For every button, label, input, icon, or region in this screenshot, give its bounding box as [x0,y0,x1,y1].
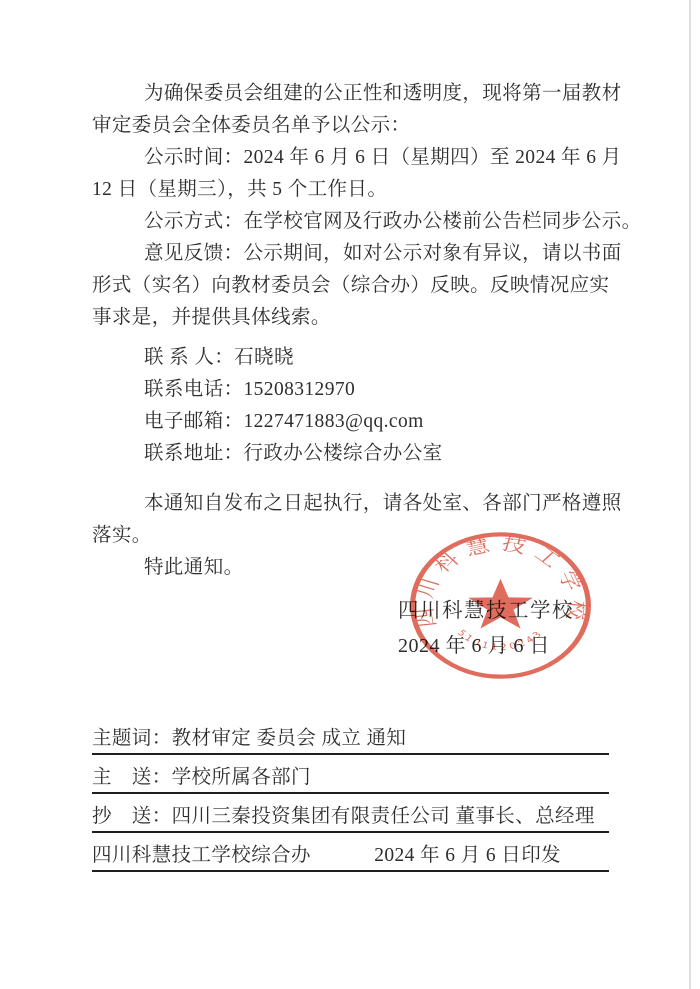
signature-date: 2024 年 6 月 6 日 [398,629,550,658]
notice-body: 为确保委员会组建的公正性和透明度，现将第一届教材审定委员会全体委员名单予以公示：… [92,78,609,584]
footer-print-date: 2024 年 6 月 6 日印发 [374,839,609,867]
footer-issuing-office: 四川科慧技工学校综合办 [92,839,311,867]
body-line: 特此通知。 [92,552,609,584]
body-line: 意见反馈：公示期间，如对公示对象有异议，请以书面 [92,238,609,270]
body-line: 12 日（星期三），共 5 个工作日。 [92,174,609,206]
body-line: 联 系 人：石晓晓 [92,342,609,374]
body-line: 落实。 [92,520,609,552]
footer-row-issuer: 四川科慧技工学校综合办2024 年 6 月 6 日印发 [92,833,609,872]
footer-row: 抄 送：四川三秦投资集团有限责任公司 董事长、总经理 [92,794,609,833]
signature-organization: 四川科慧技工学校 [398,593,574,623]
scan-edge-artifact [689,0,691,989]
document-footer: 主题词：教材审定 委员会 成立 通知主 送：学校所属各部门抄 送：四川三秦投资集… [92,716,609,872]
body-line: 为确保委员会组建的公正性和透明度，现将第一届教材 [92,78,609,110]
body-line: 形式（实名）向教材委员会（综合办）反映。反映情况应实 [92,270,609,302]
body-line: 电子邮箱：1227471883@qq.com [92,406,609,438]
body-line: 公示方式：在学校官网及行政办公楼前公告栏同步公示。 [92,206,609,238]
body-line: 本通知自发布之日起执行，请各处室、各部门严格遵照 [92,488,609,520]
footer-row: 主题词：教材审定 委员会 成立 通知 [92,716,609,755]
body-line: 公示时间：2024 年 6 月 6 日（星期四）至 2024 年 6 月 [92,142,609,174]
document-page: 为确保委员会组建的公正性和透明度，现将第一届教材审定委员会全体委员名单予以公示：… [0,0,700,989]
body-blank-line [92,470,609,488]
body-line: 联系电话：15208312970 [92,374,609,406]
body-line: 联系地址：行政办公楼综合办公室 [92,438,609,470]
body-line: 事求是，并提供具体线索。 [92,302,609,334]
body-line: 审定委员会全体委员名单予以公示： [92,110,609,142]
footer-row: 主 送：学校所属各部门 [92,755,609,794]
